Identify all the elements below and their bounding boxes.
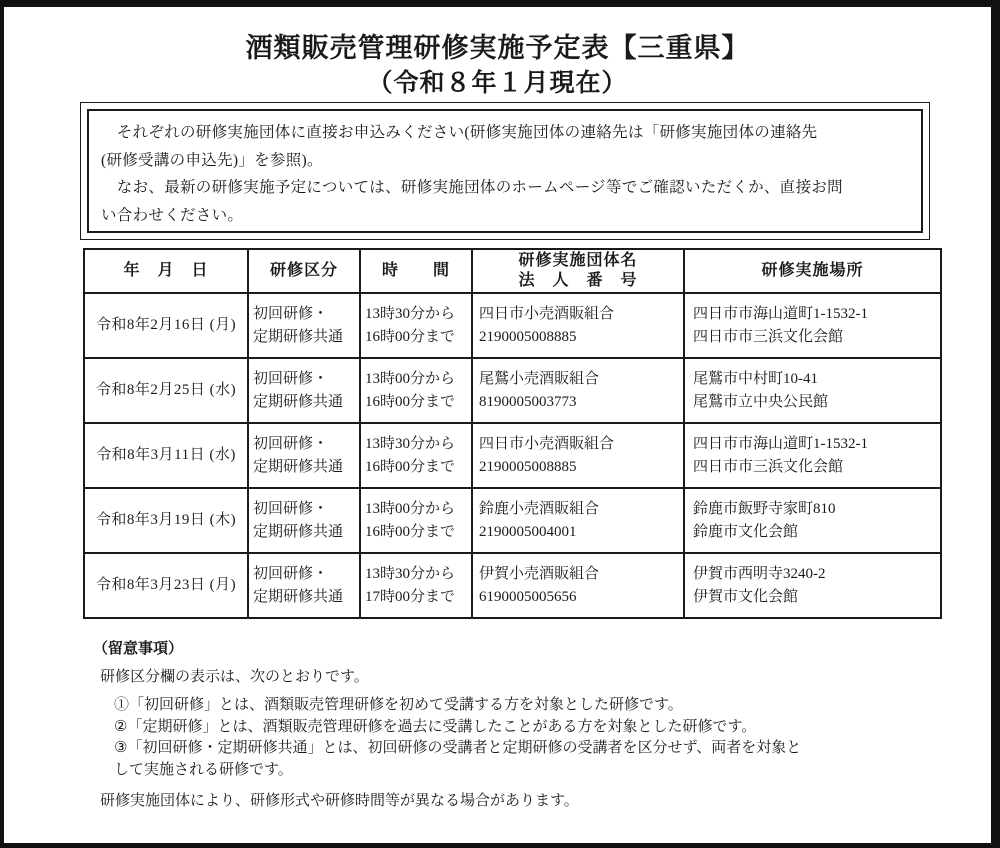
cell-place: 四日市市海山道町1-1532-1 四日市市三浜文化会館 xyxy=(684,293,941,358)
notes-items: ①「初回研修」とは、酒類販売管理研修を初めて受講する方を対象とした研修です。 ②… xyxy=(114,695,801,781)
cell-date: 令和8年2月16日 (月) xyxy=(84,293,248,358)
col-header-org: 研修実施団体名 法 人 番 号 xyxy=(472,249,684,293)
cell-place: 尾鷲市中村町10-41 尾鷲市立中央公民館 xyxy=(684,358,941,423)
notice-box-inner: それぞれの研修実施団体に直接お申込みください(研修実施団体の連絡先は「研修実施団… xyxy=(87,109,923,233)
cell-org: 伊賀小売酒販組合 6190005005656 xyxy=(472,553,684,618)
scan-border: { "page": { "title": "酒類販売管理研修実施予定表【三重県】… xyxy=(0,0,1000,848)
notice-text: それぞれの研修実施団体に直接お申込みください(研修実施団体の連絡先は「研修実施団… xyxy=(101,119,909,229)
cell-org: 四日市小売酒販組合 2190005008885 xyxy=(472,293,684,358)
cell-category: 初回研修・ 定期研修共通 xyxy=(248,293,360,358)
page-subtitle: （令和８年１月現在） xyxy=(4,66,991,100)
cell-date: 令和8年3月19日 (木) xyxy=(84,488,248,553)
cell-category: 初回研修・ 定期研修共通 xyxy=(248,358,360,423)
table-row: 令和8年3月23日 (月) 初回研修・ 定期研修共通 13時30分から 17時0… xyxy=(84,553,941,618)
notes-heading: （留意事項） xyxy=(93,637,183,658)
schedule-table: 年 月 日 研修区分 時 間 研修実施団体名 法 人 番 号 研修実施場所 令和… xyxy=(83,248,942,619)
col-header-time: 時 間 xyxy=(360,249,472,293)
col-header-category: 研修区分 xyxy=(248,249,360,293)
document-page: 酒類販売管理研修実施予定表【三重県】 （令和８年１月現在） それぞれの研修実施団… xyxy=(4,7,991,843)
cell-category: 初回研修・ 定期研修共通 xyxy=(248,488,360,553)
cell-category: 初回研修・ 定期研修共通 xyxy=(248,423,360,488)
table-row: 令和8年3月19日 (木) 初回研修・ 定期研修共通 13時00分から 16時0… xyxy=(84,488,941,553)
page-title: 酒類販売管理研修実施予定表【三重県】 xyxy=(4,30,991,66)
cell-place: 四日市市海山道町1-1532-1 四日市市三浜文化会館 xyxy=(684,423,941,488)
col-header-date: 年 月 日 xyxy=(84,249,248,293)
cell-org: 四日市小売酒販組合 2190005008885 xyxy=(472,423,684,488)
table-header-row: 年 月 日 研修区分 時 間 研修実施団体名 法 人 番 号 研修実施場所 xyxy=(84,249,941,293)
cell-place: 伊賀市西明寺3240-2 伊賀市文化会館 xyxy=(684,553,941,618)
cell-date: 令和8年3月11日 (水) xyxy=(84,423,248,488)
table-row: 令和8年2月16日 (月) 初回研修・ 定期研修共通 13時30分から 16時0… xyxy=(84,293,941,358)
notice-box: それぞれの研修実施団体に直接お申込みください(研修実施団体の連絡先は「研修実施団… xyxy=(80,102,930,240)
cell-time: 13時30分から 16時00分まで xyxy=(360,293,472,358)
cell-category: 初回研修・ 定期研修共通 xyxy=(248,553,360,618)
cell-org: 尾鷲小売酒販組合 8190005003773 xyxy=(472,358,684,423)
cell-time: 13時00分から 16時00分まで xyxy=(360,358,472,423)
notes-footer: 研修実施団体により、研修形式や研修時間等が異なる場合があります。 xyxy=(100,789,579,810)
cell-date: 令和8年2月25日 (水) xyxy=(84,358,248,423)
cell-time: 13時30分から 17時00分まで xyxy=(360,553,472,618)
cell-date: 令和8年3月23日 (月) xyxy=(84,553,248,618)
col-header-place: 研修実施場所 xyxy=(684,249,941,293)
cell-org: 鈴鹿小売酒販組合 2190005004001 xyxy=(472,488,684,553)
notes-intro: 研修区分欄の表示は、次のとおりです。 xyxy=(100,665,369,686)
cell-time: 13時00分から 16時00分まで xyxy=(360,488,472,553)
table-row: 令和8年3月11日 (水) 初回研修・ 定期研修共通 13時30分から 16時0… xyxy=(84,423,941,488)
cell-place: 鈴鹿市飯野寺家町810 鈴鹿市文化会館 xyxy=(684,488,941,553)
cell-time: 13時30分から 16時00分まで xyxy=(360,423,472,488)
table-row: 令和8年2月25日 (水) 初回研修・ 定期研修共通 13時00分から 16時0… xyxy=(84,358,941,423)
